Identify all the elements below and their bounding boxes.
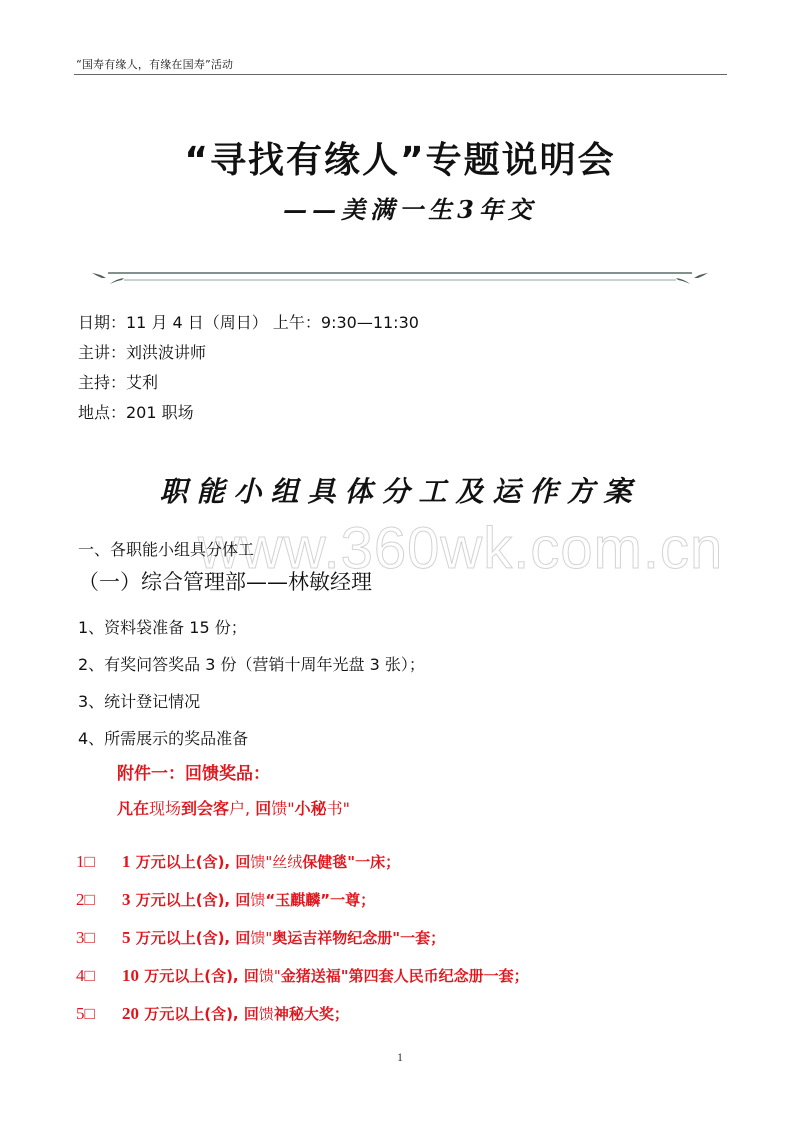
reward-amount: 20 [122, 1004, 139, 1023]
reward-part: 奥运吉祥物纪念册"一套； [272, 929, 445, 947]
reward-part: 馈"丝绒 [250, 853, 302, 871]
reward-part: 金猪送福"第四套人民币纪念册一套； [281, 967, 529, 985]
reward-item: 1□ 1 万元以上(含), 回馈"丝绒保健毯"一床； [76, 843, 529, 881]
reward-number: 2□ [76, 881, 122, 919]
attachment-title: 附件一：回馈奖品： [117, 759, 270, 784]
reward-amount: 3 [122, 890, 131, 909]
reward-item: 2□ 3 万元以上(含), 回馈“玉麒麟”一尊； [76, 881, 529, 919]
intro-part: 小秘 [295, 799, 327, 818]
reward-number: 4□ [76, 957, 122, 995]
reward-text: 10 万元以上(含), 回馈"金猪送福"第四套人民币纪念册一套； [122, 957, 529, 995]
reward-amount: 1 [122, 852, 131, 871]
header-rule [74, 74, 727, 75]
ornamental-divider [92, 270, 708, 286]
task-item: 4、所需展示的奖品准备 [78, 720, 425, 757]
page-number: 1 [0, 1050, 800, 1065]
reward-text: 1 万元以上(含), 回馈"丝绒保健毯"一床； [122, 843, 400, 881]
reward-item: 3□ 5 万元以上(含), 回馈"奥运吉祥物纪念册"一套； [76, 919, 529, 957]
reward-text: 20 万元以上(含), 回馈神秘大奖； [122, 995, 349, 1033]
department-heading: （一）综合管理部——林敏经理 [78, 566, 372, 596]
reward-part: 馈" [250, 929, 272, 947]
intro-part: 现场 [149, 799, 181, 818]
intro-part: 凡在 [117, 799, 149, 818]
task-item: 1、资料袋准备 15 份； [78, 609, 425, 646]
reward-number: 3□ [76, 919, 122, 957]
intro-part: 到会客 [181, 799, 229, 818]
reward-part: 保健毯"一床； [302, 853, 400, 871]
reward-amount: 5 [122, 928, 131, 947]
reward-part: “玉麒麟”一尊； [265, 891, 375, 909]
reward-list: 1□ 1 万元以上(含), 回馈"丝绒保健毯"一床； 2□ 3 万元以上(含),… [76, 843, 529, 1033]
group-heading: 一、各职能小组具分体工 [78, 537, 254, 560]
task-item: 3、统计登记情况 [78, 683, 425, 720]
reward-part: 万元以上(含), 回 [139, 1005, 259, 1023]
attachment-intro: 凡在现场到会客户, 回馈"小秘书" [117, 796, 350, 819]
main-title: “寻找有缘人”专题说明会 [0, 132, 800, 183]
reward-part: 万元以上(含), 回 [131, 891, 251, 909]
reward-text: 5 万元以上(含), 回馈"奥运吉祥物纪念册"一套； [122, 919, 445, 957]
event-host: 主持：艾利 [78, 368, 419, 398]
reward-number: 5□ [76, 995, 122, 1033]
event-date: 日期：11 月 4 日（周日） 上午：9:30—11:30 [78, 308, 419, 338]
reward-part: 万元以上(含), 回 [131, 853, 251, 871]
task-list: 1、资料袋准备 15 份； 2、有奖问答奖品 3 份（营销十周年光盘 3 张）；… [78, 609, 425, 757]
intro-part: 书" [327, 799, 350, 818]
running-header: “国寿有缘人，有缘在国寿”活动 [76, 56, 233, 72]
reward-part: 万元以上(含), 回 [131, 929, 251, 947]
task-item: 2、有奖问答奖品 3 份（营销十周年光盘 3 张）； [78, 646, 425, 683]
section-title: 职能小组具体分工及运作方案 [0, 470, 800, 510]
intro-part: 馈" [271, 799, 294, 818]
reward-item: 5□ 20 万元以上(含), 回馈神秘大奖； [76, 995, 529, 1033]
reward-part: 万元以上(含), 回 [139, 967, 259, 985]
intro-part: 回 [255, 799, 271, 818]
event-info: 日期：11 月 4 日（周日） 上午：9:30—11:30 主讲：刘洪波讲师 主… [78, 308, 419, 428]
event-speaker: 主讲：刘洪波讲师 [78, 338, 419, 368]
reward-part: 馈 [250, 891, 265, 909]
reward-text: 3 万元以上(含), 回馈“玉麒麟”一尊； [122, 881, 375, 919]
reward-item: 4□ 10 万元以上(含), 回馈"金猪送福"第四套人民币纪念册一套； [76, 957, 529, 995]
sub-title: ——美满一生3年交 [0, 190, 800, 225]
event-location: 地点：201 职场 [78, 398, 419, 428]
reward-part: 馈" [259, 967, 281, 985]
intro-part: 户, [229, 799, 255, 818]
reward-amount: 10 [122, 966, 139, 985]
reward-number: 1□ [76, 843, 122, 881]
reward-part: 神秘大奖； [274, 1005, 349, 1023]
reward-part: 馈 [259, 1005, 274, 1023]
